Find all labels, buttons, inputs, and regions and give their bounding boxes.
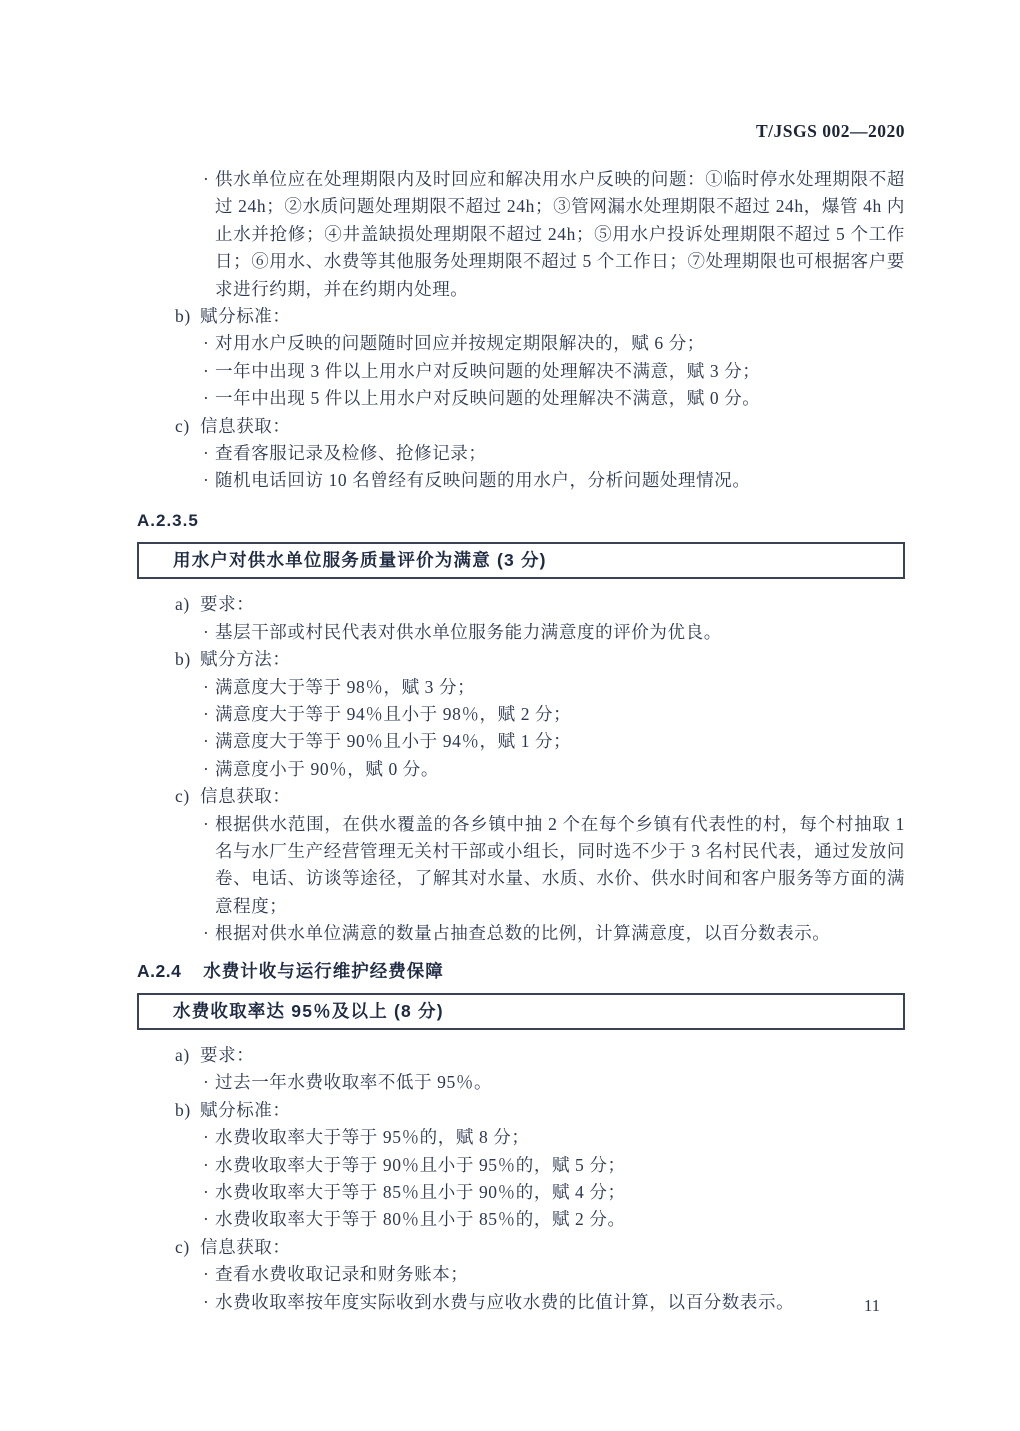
bullet-marker: · <box>203 674 209 701</box>
list-item-text: 一年中出现 5 件以上用水户对反映问题的处理解决不满意，赋 0 分。 <box>215 388 760 408</box>
list-label-marker: b) <box>175 1097 191 1124</box>
clause-number: A.2.3.5 <box>137 507 905 534</box>
indicator-box-title: 用水户对供水单位服务质量评价为满意 (3 分) <box>173 547 547 574</box>
bullet-marker: · <box>203 728 209 755</box>
bullet-marker: · <box>203 920 209 947</box>
list-item: · 水费收取率大于等于 90％且小于 95％的，赋 5 分； <box>137 1152 905 1179</box>
list-item-text: 对用水户反映的问题随时回应并按规定期限解决的，赋 6 分； <box>215 333 705 353</box>
bullet-marker: · <box>203 467 209 494</box>
list-label-text: 要求： <box>200 594 254 614</box>
list-item: · 满意度小于 90％，赋 0 分。 <box>137 756 905 783</box>
list-label: c) 信息获取： <box>137 783 905 810</box>
list-item-text: 随机电话回访 10 名曾经有反映问题的用水户，分析问题处理情况。 <box>215 470 750 490</box>
list-label-text: 信息获取： <box>200 786 291 806</box>
page-number: 11 <box>850 1296 894 1316</box>
section-title: 水费计收与运行维护经费保障 <box>203 961 444 981</box>
bullet-marker: · <box>203 166 209 193</box>
list-item-text: 水费收取率大于等于 85％且小于 90％的，赋 4 分； <box>215 1182 626 1202</box>
list-label: a) 要求： <box>137 1042 905 1069</box>
list-label-text: 要求： <box>200 1045 254 1065</box>
bullet-marker: · <box>203 358 209 385</box>
list-label-marker: c) <box>175 1234 190 1261</box>
list-item-text: 根据供水范围，在供水覆盖的各乡镇中抽 2 个在每个乡镇有代表性的村，每个村抽取 … <box>215 814 905 916</box>
list-item-text: 水费收取率大于等于 90％且小于 95％的，赋 5 分； <box>215 1155 626 1175</box>
indicator-box-title: 水费收取率达 95％及以上 (8 分) <box>173 998 444 1025</box>
list-item-text: 满意度小于 90％，赋 0 分。 <box>215 759 439 779</box>
bullet-marker: · <box>203 330 209 357</box>
bullet-marker: · <box>203 811 209 838</box>
bullet-marker: · <box>203 1289 209 1316</box>
section-number: A.2.4 <box>137 961 181 981</box>
list-item: · 对用水户反映的问题随时回应并按规定期限解决的，赋 6 分； <box>137 330 905 357</box>
list-label: b) 赋分标准： <box>137 303 905 330</box>
list-item: · 查看水费收取记录和财务账本； <box>137 1261 905 1288</box>
list-item: · 查看客服记录及检修、抢修记录； <box>137 440 905 467</box>
bullet-marker: · <box>203 440 209 467</box>
list-item-text: 过去一年水费收取率不低于 95％。 <box>215 1072 492 1092</box>
list-item: · 水费收取率按年度实际收到水费与应收水费的比值计算，以百分数表示。 <box>137 1289 905 1316</box>
list-item-text: 水费收取率大于等于 80％且小于 85％的，赋 2 分。 <box>215 1209 626 1229</box>
list-item-text: 水费收取率大于等于 95％的，赋 8 分； <box>215 1127 529 1147</box>
list-item-text: 查看水费收取记录和财务账本； <box>215 1264 468 1284</box>
list-label-marker: c) <box>175 783 190 810</box>
bullet-marker: · <box>203 1124 209 1151</box>
list-label-text: 信息获取： <box>200 416 291 436</box>
list-item: · 根据供水范围，在供水覆盖的各乡镇中抽 2 个在每个乡镇有代表性的村，每个村抽… <box>137 811 905 921</box>
list-label: c) 信息获取： <box>137 1234 905 1261</box>
list-label-text: 赋分标准： <box>200 1100 291 1120</box>
list-label: b) 赋分标准： <box>137 1097 905 1124</box>
list-item: · 水费收取率大于等于 80％且小于 85％的，赋 2 分。 <box>137 1206 905 1233</box>
list-item: · 满意度大于等于 90％且小于 94％，赋 1 分； <box>137 728 905 755</box>
list-item: · 随机电话回访 10 名曾经有反映问题的用水户，分析问题处理情况。 <box>137 467 905 494</box>
list-label-text: 信息获取： <box>200 1237 291 1257</box>
list-item: · 一年中出现 5 件以上用水户对反映问题的处理解决不满意，赋 0 分。 <box>137 385 905 412</box>
list-item-text: 供水单位应在处理期限内及时回应和解决用水户反映的问题：①临时停水处理期限不超过 … <box>215 169 905 299</box>
bullet-marker: · <box>203 1261 209 1288</box>
bullet-marker: · <box>203 1152 209 1179</box>
bullet-marker: · <box>203 701 209 728</box>
bullet-marker: · <box>203 385 209 412</box>
list-label: c) 信息获取： <box>137 413 905 440</box>
page-content: · 供水单位应在处理期限内及时回应和解决用水户反映的问题：①临时停水处理期限不超… <box>137 166 905 1316</box>
list-item: · 供水单位应在处理期限内及时回应和解决用水户反映的问题：①临时停水处理期限不超… <box>137 166 905 303</box>
list-label: a) 要求： <box>137 591 905 618</box>
list-item-text: 根据对供水单位满意的数量占抽查总数的比例，计算满意度，以百分数表示。 <box>215 923 830 943</box>
list-label-marker: c) <box>175 413 190 440</box>
list-label-text: 赋分方法： <box>200 649 291 669</box>
list-item-text: 查看客服记录及检修、抢修记录； <box>215 443 487 463</box>
list-item: · 根据对供水单位满意的数量占抽查总数的比例，计算满意度，以百分数表示。 <box>137 920 905 947</box>
list-item-text: 满意度大于等于 94％且小于 98％，赋 2 分； <box>215 704 571 724</box>
list-item-text: 满意度大于等于 90％且小于 94％，赋 1 分； <box>215 731 571 751</box>
list-item: · 基层干部或村民代表对供水单位服务能力满意度的评价为优良。 <box>137 619 905 646</box>
list-item: · 水费收取率大于等于 95％的，赋 8 分； <box>137 1124 905 1151</box>
list-item: · 过去一年水费收取率不低于 95％。 <box>137 1069 905 1096</box>
list-label-marker: a) <box>175 1042 190 1069</box>
list-item-text: 满意度大于等于 98％，赋 3 分； <box>215 677 475 697</box>
indicator-box: 用水户对供水单位服务质量评价为满意 (3 分) <box>137 542 905 579</box>
list-label: b) 赋分方法： <box>137 646 905 673</box>
bullet-marker: · <box>203 1179 209 1206</box>
list-label-text: 赋分标准： <box>200 306 291 326</box>
indicator-box: 水费收取率达 95％及以上 (8 分) <box>137 993 905 1030</box>
list-label-marker: b) <box>175 303 191 330</box>
bullet-marker: · <box>203 1069 209 1096</box>
bullet-marker: · <box>203 619 209 646</box>
list-label-marker: a) <box>175 591 190 618</box>
doc-code-header: T/JSGS 002—2020 <box>756 121 905 142</box>
list-item: · 满意度大于等于 94％且小于 98％，赋 2 分； <box>137 701 905 728</box>
list-item-text: 基层干部或村民代表对供水单位服务能力满意度的评价为优良。 <box>215 622 722 642</box>
list-item: · 满意度大于等于 98％，赋 3 分； <box>137 674 905 701</box>
list-item: · 水费收取率大于等于 85％且小于 90％的，赋 4 分； <box>137 1179 905 1206</box>
section-heading: A.2.4 水费计收与运行维护经费保障 <box>137 958 905 985</box>
list-item: · 一年中出现 3 件以上用水户对反映问题的处理解决不满意，赋 3 分； <box>137 358 905 385</box>
list-label-marker: b) <box>175 646 191 673</box>
document-page: T/JSGS 002—2020 · 供水单位应在处理期限内及时回应和解决用水户反… <box>0 0 1020 1431</box>
list-item-text: 一年中出现 3 件以上用水户对反映问题的处理解决不满意，赋 3 分； <box>215 361 760 381</box>
bullet-marker: · <box>203 1206 209 1233</box>
bullet-marker: · <box>203 756 209 783</box>
list-item-text: 水费收取率按年度实际收到水费与应收水费的比值计算，以百分数表示。 <box>215 1292 794 1312</box>
